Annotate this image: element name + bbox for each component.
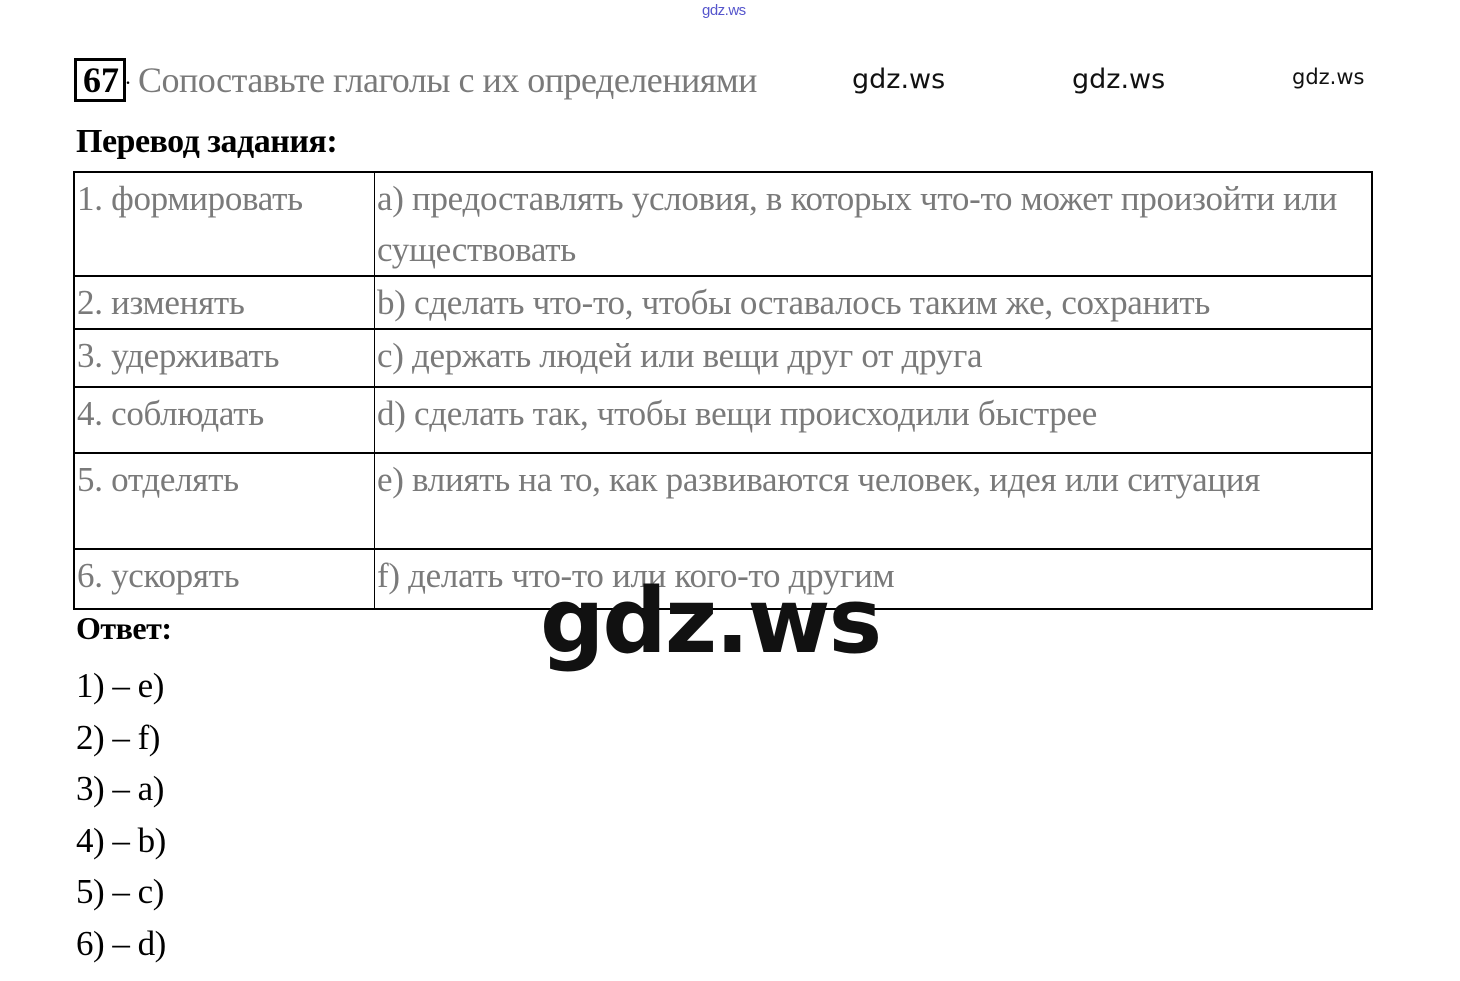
table-row: 1. формировать a) предоставлять условия,… <box>74 172 1372 276</box>
answer-list: 1) – e) 2) – f) 3) – a) 4) – b) 5) – c) … <box>76 660 166 969</box>
verb-cell: 5. отделять <box>74 453 375 549</box>
table-row: 5. отделять e) влиять на то, как развива… <box>74 453 1372 549</box>
definition-cell: d) сделать так, чтобы вещи происходили б… <box>375 387 1373 453</box>
verb-cell: 1. формировать <box>74 172 375 276</box>
watermark-inline-2: gdz.ws <box>1072 64 1165 95</box>
table-row: 3. удерживать c) держать людей или вещи … <box>74 329 1372 387</box>
verb-cell: 2. изменять <box>74 276 375 329</box>
task-number: 67 <box>83 61 119 99</box>
watermark-top: gdz.ws <box>702 2 746 19</box>
definition-cell: a) предоставлять условия, в которых что-… <box>375 172 1373 276</box>
watermark-large: gdz.ws <box>540 577 880 667</box>
answer-item: 5) – c) <box>76 866 166 918</box>
definition-cell: e) влиять на то, как развиваются человек… <box>375 453 1373 549</box>
task-header: 67 . Сопоставьте глаголы с их определени… <box>74 58 757 102</box>
verb-cell: 4. соблюдать <box>74 387 375 453</box>
translation-heading: Перевод задания: <box>76 123 337 161</box>
answer-item: 4) – b) <box>76 815 166 867</box>
verb-cell: 6. ускорять <box>74 549 375 609</box>
table-row: 2. изменять b) сделать что-то, чтобы ост… <box>74 276 1372 329</box>
task-title: Сопоставьте глаголы с их определениями <box>138 59 757 101</box>
task-number-box: 67 <box>74 58 126 102</box>
definition-cell: b) сделать что-то, чтобы оставалось таки… <box>375 276 1373 329</box>
verb-cell: 3. удерживать <box>74 329 375 387</box>
watermark-inline-1: gdz.ws <box>852 64 945 95</box>
definition-cell: c) держать людей или вещи друг от друга <box>375 329 1373 387</box>
answer-item: 2) – f) <box>76 712 166 764</box>
task-number-suffix: . <box>126 71 130 89</box>
answer-item: 1) – e) <box>76 660 166 712</box>
answer-heading: Ответ: <box>76 610 171 647</box>
answer-item: 6) – d) <box>76 918 166 970</box>
answer-item: 3) – a) <box>76 763 166 815</box>
watermark-inline-3: gdz.ws <box>1292 65 1364 89</box>
matching-table: 1. формировать a) предоставлять условия,… <box>73 171 1373 610</box>
table-row: 4. соблюдать d) сделать так, чтобы вещи … <box>74 387 1372 453</box>
